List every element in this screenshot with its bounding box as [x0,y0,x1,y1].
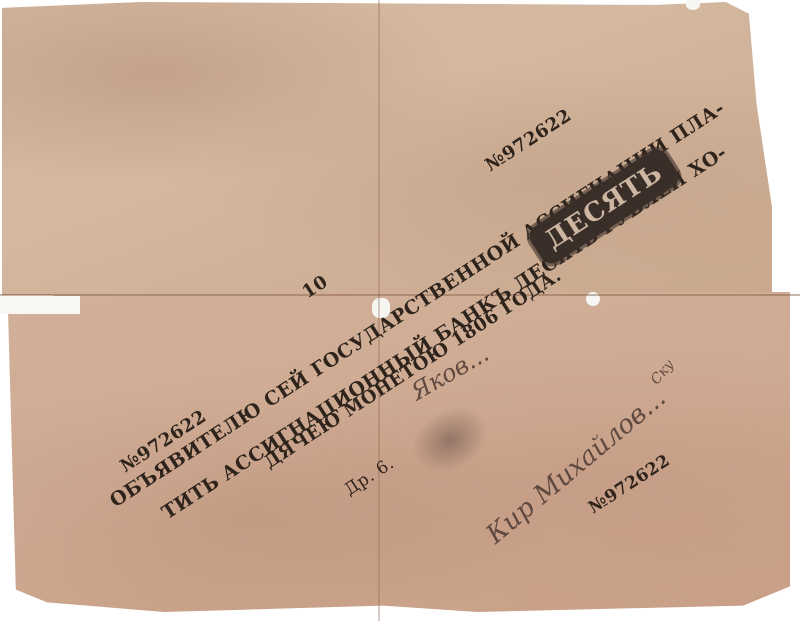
banknote: №972622 №972622 №972622 10 ОБЪЯВИТЕЛЮ СЕ… [0,0,800,621]
banknote-lower-half [8,292,790,612]
fold-line-horizontal [0,294,800,296]
fold-line-vertical [378,0,380,621]
hole-top [686,0,700,10]
tear-left [0,296,80,314]
